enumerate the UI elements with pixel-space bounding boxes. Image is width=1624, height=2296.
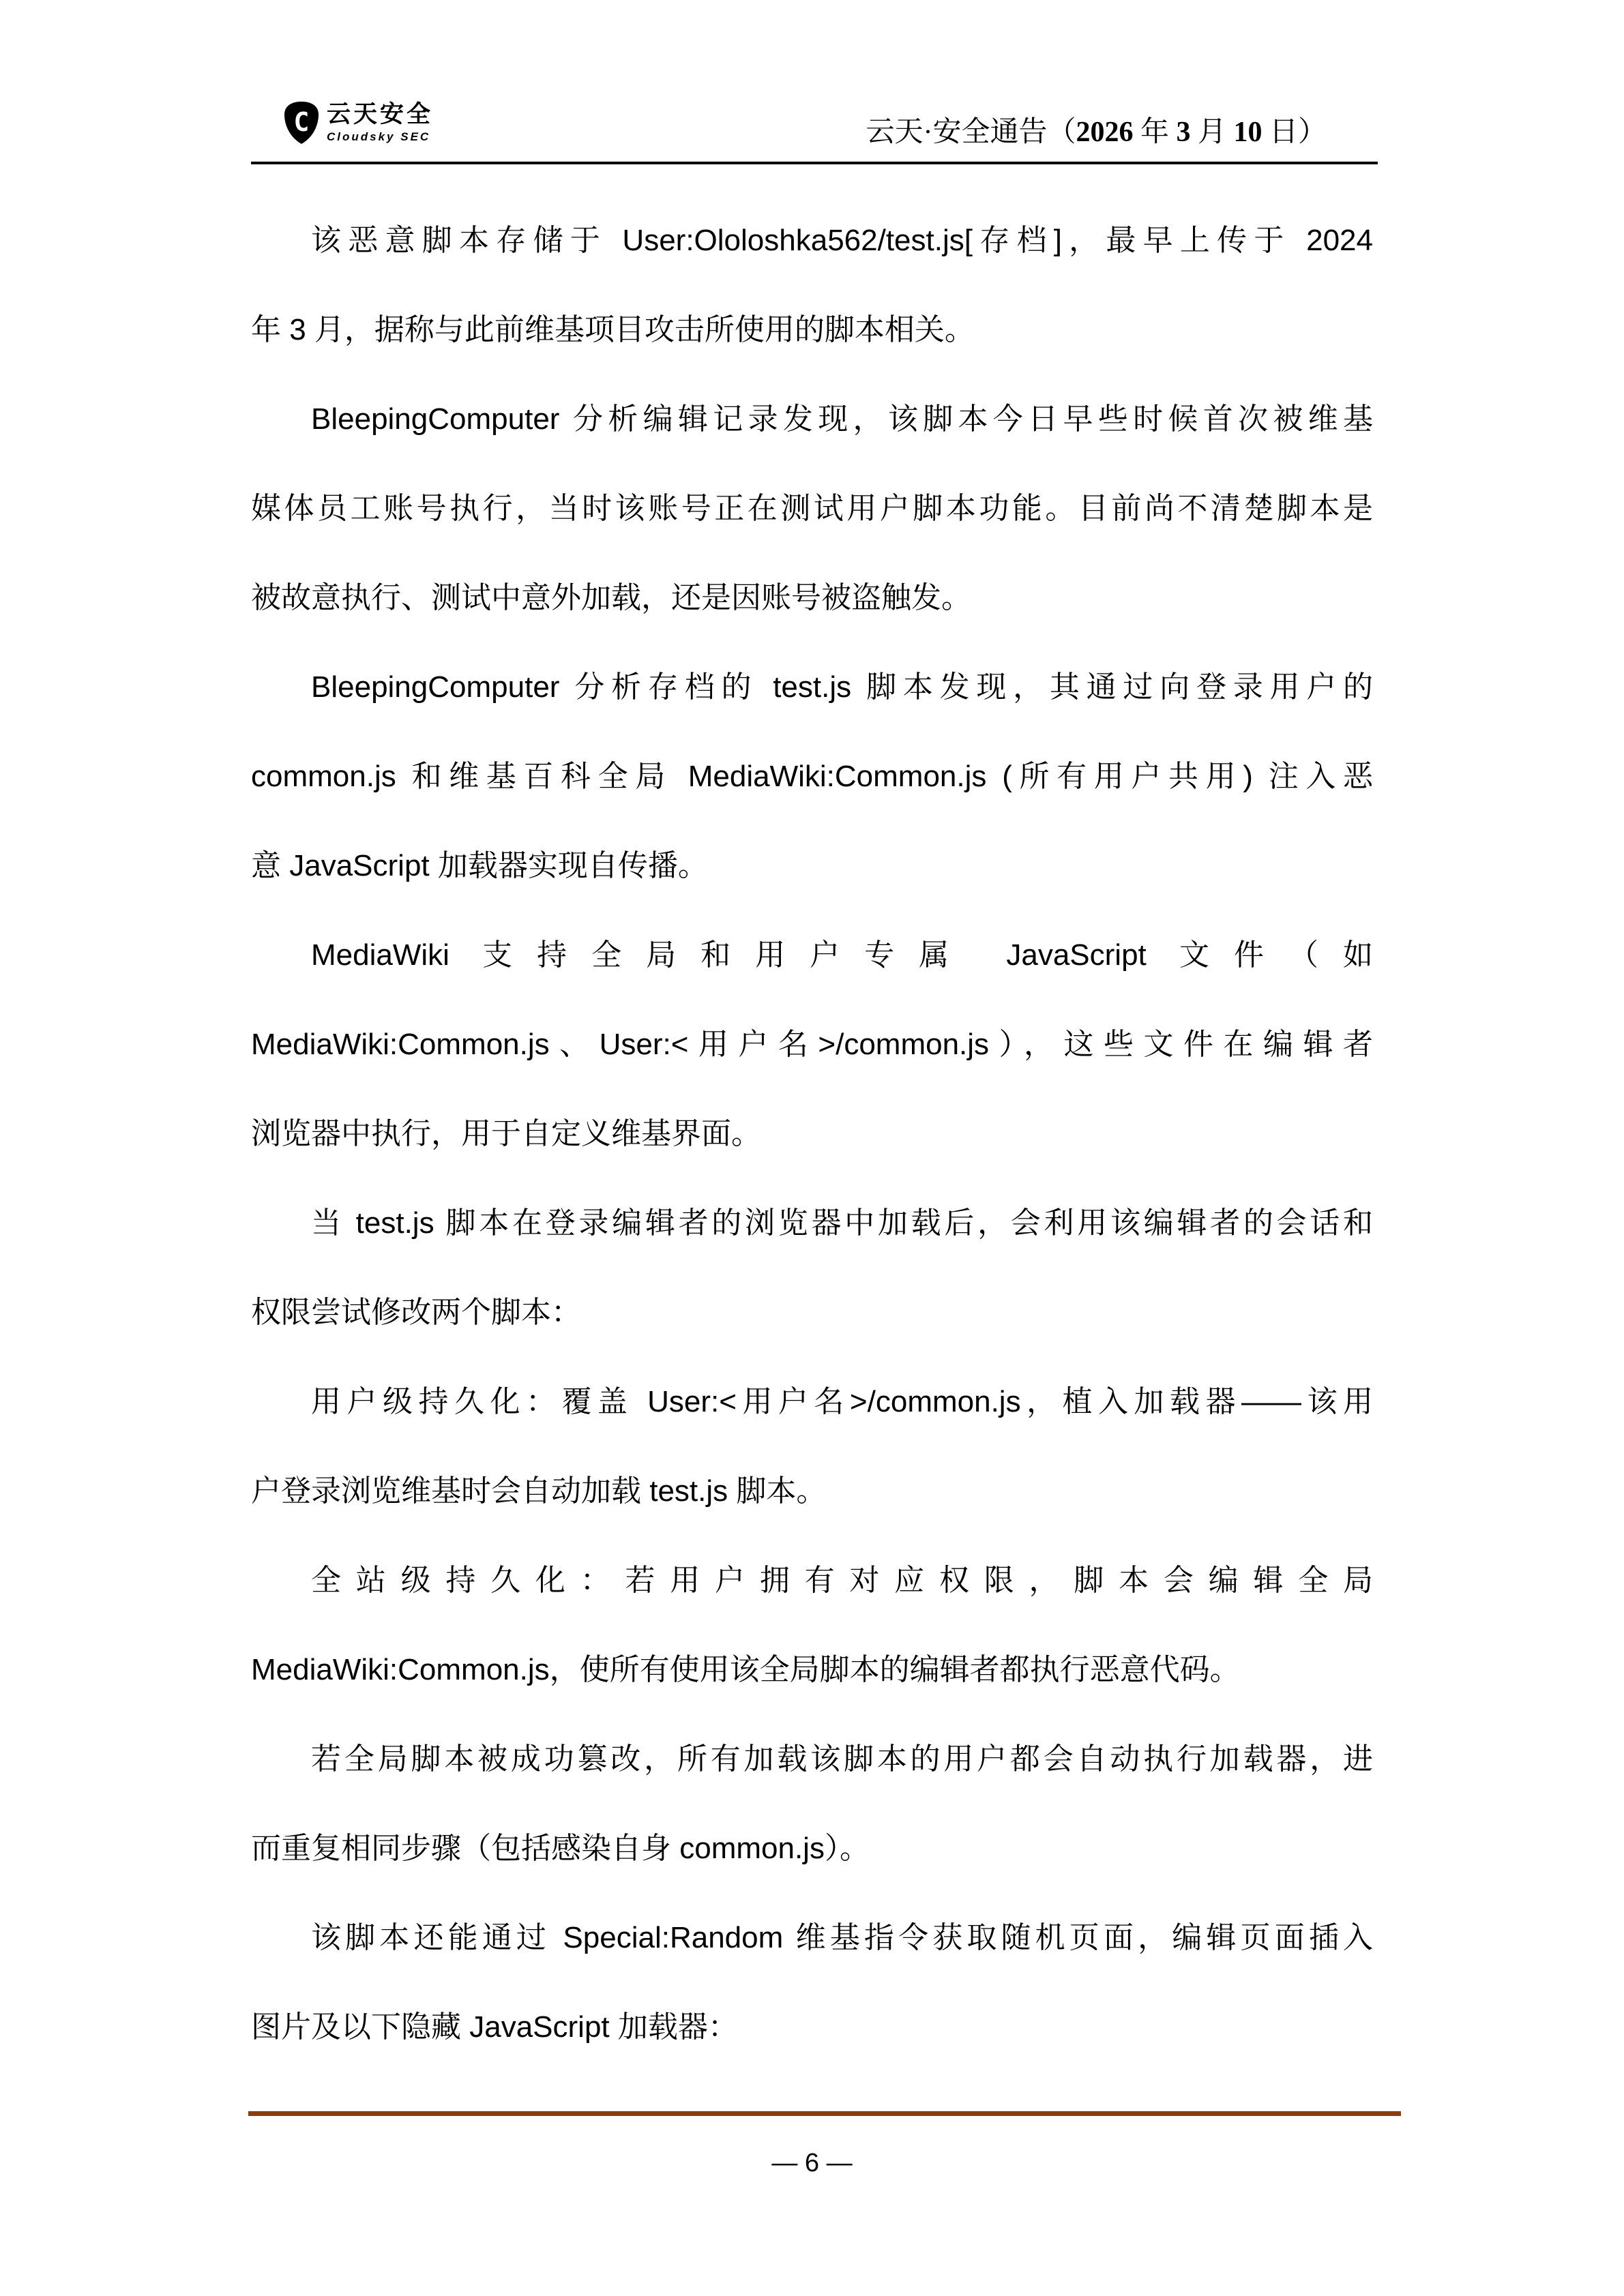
body-line: 用户级持久化：覆盖 User:<用户名>/common.js，植入加载器——该用 [251, 1357, 1373, 1446]
header-title-segment: 月 [1190, 117, 1233, 148]
footer-divider [248, 2111, 1401, 2116]
document-page: C 云天安全 Cloudsky SEC 云天·安全通告（2026 年 3 月 1… [0, 0, 1624, 2296]
body-line: 该脚本还能通过 Special:Random 维基指令获取随机页面，编辑页面插入 [251, 1893, 1373, 1982]
page-number: — 6 — [0, 2148, 1624, 2178]
svg-text:C: C [294, 107, 310, 137]
shield-c-logo-icon: C [283, 101, 320, 145]
header-title-segment: 日） [1262, 117, 1327, 148]
body-line: 而重复相同步骤（包括感染自身 common.js）。 [251, 1804, 1373, 1893]
body-line: 该恶意脚本存储于 User:Ololoshka562/test.js[存档]，最… [251, 196, 1373, 285]
body-line: 户登录浏览维基时会自动加载 test.js 脚本。 [251, 1446, 1373, 1536]
body-line: MediaWiki:Common.js，使所有使用该全局脚本的编辑者都执行恶意代… [251, 1625, 1373, 1714]
body-line: 全站级持久化：若用户拥有对应权限，脚本会编辑全局 [251, 1536, 1373, 1625]
company-logo: C 云天安全 Cloudsky SEC [283, 101, 433, 145]
header-title-segment: 3 [1176, 117, 1190, 148]
body-line: 媒体员工账号执行，当时该账号正在测试用户脚本功能。目前尚不清楚脚本是 [251, 464, 1373, 553]
header-divider [251, 162, 1378, 164]
body-line: 权限尝试修改两个脚本： [251, 1268, 1373, 1357]
body-line: 若全局脚本被成功篡改，所有加载该脚本的用户都会自动执行加载器，进 [251, 1714, 1373, 1804]
logo-text-block: 云天安全 Cloudsky SEC [327, 101, 433, 145]
body-line: 浏览器中执行，用于自定义维基界面。 [251, 1089, 1373, 1178]
body-line: 意 JavaScript 加载器实现自传播。 [251, 821, 1373, 910]
body-line: MediaWiki 支持全局和用户专属 JavaScript 文件（如 [251, 910, 1373, 1000]
header-title-segment: 云天·安全通告（ [866, 117, 1076, 148]
logo-brand-zh: 云天安全 [327, 101, 433, 128]
body-line: 图片及以下隐藏 JavaScript 加载器： [251, 1982, 1373, 2072]
body-lines: 该恶意脚本存储于 User:Ololoshka562/test.js[存档]，最… [251, 196, 1373, 2072]
body-line: 年 3 月，据称与此前维基项目攻击所使用的脚本相关。 [251, 285, 1373, 374]
header-title: 云天·安全通告（2026 年 3 月 10 日） [866, 115, 1327, 150]
body-line: 被故意执行、测试中意外加载，还是因账号被盗触发。 [251, 553, 1373, 642]
header-title-segment: 年 [1133, 117, 1176, 148]
header-title-segment: 10 [1233, 117, 1262, 148]
body-line: MediaWiki:Common.js、User:<用户名>/common.js… [251, 1000, 1373, 1089]
logo-brand-en: Cloudsky SEC [327, 130, 433, 145]
body-line: common.js 和维基百科全局 MediaWiki:Common.js (所… [251, 732, 1373, 821]
body-line: BleepingComputer 分析编辑记录发现，该脚本今日早些时候首次被维基 [251, 374, 1373, 464]
header-title-segment: 2026 [1076, 117, 1133, 148]
body-line: BleepingComputer 分析存档的 test.js 脚本发现，其通过向… [251, 642, 1373, 732]
body-line: 当 test.js 脚本在登录编辑者的浏览器中加载后，会利用该编辑者的会话和 [251, 1178, 1373, 1268]
